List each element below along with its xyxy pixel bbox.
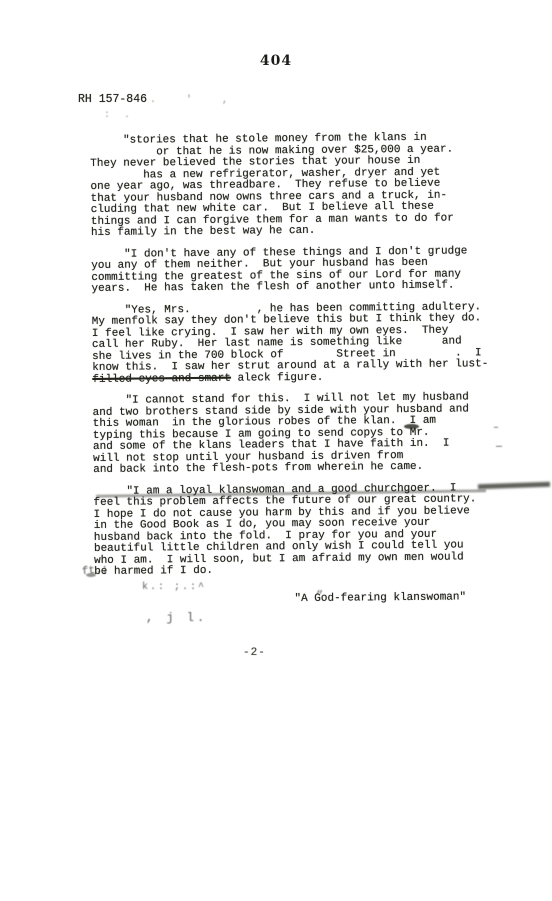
paragraph-3: "Yes, Mrs. , he has been committing adul… <box>92 301 543 386</box>
document-page: 404 RH 157-846 "stories that he stole mo… <box>0 0 552 901</box>
file-number: RH 157-846 <box>78 93 147 106</box>
ink-speck: . ' , <box>150 95 234 106</box>
struck-text: filled eyes and smart <box>92 372 231 385</box>
page-number-top: 404 <box>0 53 552 69</box>
paragraph-4: "I cannot stand for this. I will not let… <box>92 392 543 477</box>
text-line: his family in the best way he can. <box>91 224 541 240</box>
text-line: and back into the flesh-pots from wherei… <box>93 461 543 477</box>
page-number-bottom: -2- <box>243 647 266 659</box>
paragraph-5: "I am a loyal klanswoman and a good chur… <box>93 482 544 578</box>
paragraph-1: "stories that he stole money from the kl… <box>90 132 541 240</box>
ink-smudge: , j l. <box>146 611 207 625</box>
ink-smudge: k.: ;.:^ <box>142 582 206 593</box>
ink-blot <box>86 573 96 577</box>
text-line: years. He has taken the flesh of another… <box>91 280 541 296</box>
letter-body: "stories that he stole money from the kl… <box>90 132 545 607</box>
ink-blot <box>404 424 419 429</box>
text-after-strike: aleck figure. <box>231 371 324 384</box>
paragraph-2: "I don't have any of these things and I … <box>91 245 541 295</box>
ink-smudge: „ <box>316 582 323 596</box>
text-line: be harmed if I do. <box>94 563 544 579</box>
text-line-with-strikethrough: filled eyes and smart aleck figure. <box>92 370 542 386</box>
margin-dash-mark: – <box>493 423 499 434</box>
signature: "A God-fearing klanswoman" <box>294 591 544 605</box>
margin-dash-mark: — <box>496 442 502 453</box>
ink-speck: : . <box>104 110 134 121</box>
